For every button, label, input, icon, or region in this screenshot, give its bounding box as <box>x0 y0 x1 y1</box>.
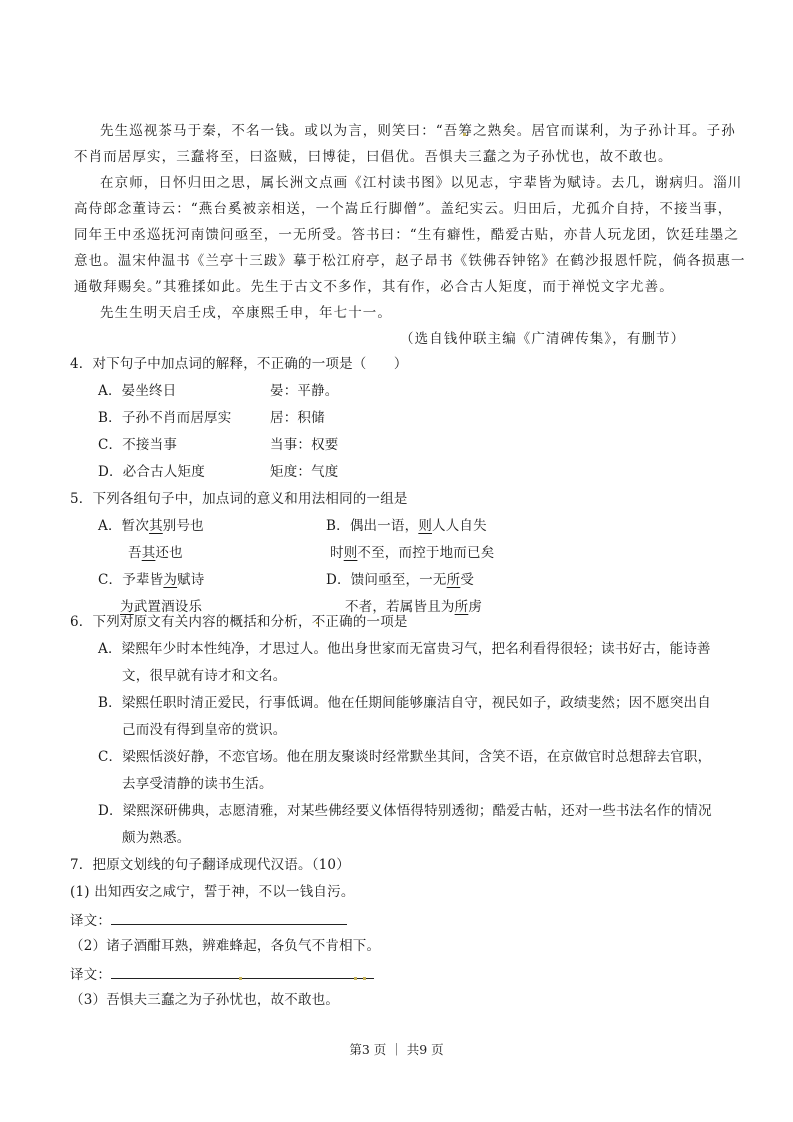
q5-a-l1-keyword: 其 <box>149 518 163 534</box>
q5-a-l2-pre: 吾 <box>128 545 142 561</box>
q5-b-l2-keyword: 则 <box>344 545 358 561</box>
q5-b-l2-post: 不至，而控于地而已矣 <box>357 545 494 561</box>
q7-sentence-1: (1) 出知西安之咸宁，誓于神，不以一钱自污。 <box>70 883 355 901</box>
q7-sentence-2: （2）诸子酒酣耳熟，辨难蜂起，各负气不肯相下。 <box>70 937 380 955</box>
q7-stem: 7．把原文划线的句子翻译成现代汉语。（10） <box>70 856 350 874</box>
q6-option-b-line1: B．梁熙任职时清正爱民，行事低调。他在任期间能够廉洁自守，视民如子，政绩斐然；因… <box>98 694 711 712</box>
q5-c-l1-keyword: 为 <box>163 572 177 588</box>
stray-mark <box>363 977 366 980</box>
passage-citation: （选自钱仲联主编《广清碑传集》，有删节） <box>400 330 685 348</box>
stray-mark <box>354 977 357 980</box>
q5-a-l1-post: 别号也 <box>163 518 204 534</box>
q5-a-l2-keyword: 其 <box>142 545 156 561</box>
page-footer: 第3 页 ｜ 共9 页 <box>0 1040 793 1058</box>
q4-stem: 4．对下句子中加点词的解释，不正确的一项是（ ） <box>70 355 408 373</box>
passage-p3-line1: 先生生明天启壬戌，卒康熙壬申，年七十一。 <box>100 304 392 322</box>
q5-b-l1-post: 人人自失 <box>432 518 487 534</box>
q5-d-l1-pre: 馈问亟至，一无 <box>351 572 447 588</box>
translation-2-blank[interactable] <box>111 964 374 979</box>
q5-a-l2-post: 还也 <box>155 545 182 561</box>
q4-option-b-gloss: 居：积储 <box>270 409 325 427</box>
q4-option-a: A．晏坐终日 <box>98 382 176 400</box>
q5-c-prefix: C． <box>98 572 122 588</box>
q5-a-l1-pre: 暂次 <box>122 518 149 534</box>
q6-stem: 6．下列对原文有关内容的概括和分析，不正确的一项是 <box>70 613 408 631</box>
q4-option-a-gloss: 晏：平静。 <box>270 382 339 400</box>
passage-p1-line1: 先生巡视茶马于秦，不名一钱。或以为言，则笑曰：“吾筹之熟矣。居官而谋利，为子孙计… <box>100 122 736 140</box>
q5-b-prefix: B． <box>326 518 350 534</box>
q7-sentence-3: （3）吾惧夫三蠢之为子孙忧也，故不敢也。 <box>70 991 339 1009</box>
q4-option-c: C．不接当事 <box>98 436 177 454</box>
q5-option-b-line1: B．偶出一语，则人人自失 <box>326 517 487 535</box>
q6-option-b-line2: 己而没有得到皇帝的赏识。 <box>122 721 286 739</box>
stray-mark <box>239 977 242 980</box>
q6-option-a-line1: A．梁熙年少时本性纯净，才思过人。他出身世家而无富贵习气，把名利看得很轻；读书好… <box>98 640 711 658</box>
q4-option-b: B．子孙不肖而居厚实 <box>98 409 231 427</box>
q5-option-b-line2: 时则不至，而控于地而已矣 <box>330 544 494 562</box>
passage-p2-line3: 同年王中丞巡抚河南馈问亟至，一无所受。答书曰：“生有癖性，酷爱古贴，亦昔人玩龙团… <box>74 226 739 244</box>
q5-option-d-line1: D．馈问亟至，一无所受 <box>326 571 474 589</box>
q7-translation-2: 译文： <box>70 964 374 984</box>
q5-option-a-line1: A．暂次其别号也 <box>98 517 204 535</box>
q6-option-c-line2: 去享受清静的读书生活。 <box>122 775 273 793</box>
passage-p2-line4: 意也。温宋仲温书《兰亭十三跋》摹于松江府亭，赵子昂书《铁佛吞钟铭》在鹤沙报恩忏院… <box>74 252 746 270</box>
passage-p2-line1: 在京师，日怀归田之思，属长洲文点画《江村读书图》以见志，宇辈皆为赋诗。去几，谢病… <box>100 174 742 192</box>
q4-option-d: D．必合古人矩度 <box>98 463 205 481</box>
q6-option-d-line1: D．梁熙深研佛典，志愿清雅，对某些佛经要义体悟得特别透彻；酷爱古帖，还对一些书法… <box>98 802 712 820</box>
q5-d-l2-post: 虏 <box>468 599 482 615</box>
q5-d-l1-post: 受 <box>460 572 474 588</box>
q6-option-a-line2: 文，很早就有诗才和文名。 <box>122 667 286 685</box>
q5-c-l1-pre: 予辈皆 <box>122 572 163 588</box>
q6-option-d-line2: 颇为熟悉。 <box>122 829 191 847</box>
q5-a-prefix: A． <box>98 518 122 534</box>
q5-c-l1-post: 赋诗 <box>177 572 204 588</box>
passage-p2-line5: 通敬拜赐矣。”其雅揉如此。先生于古文不多作，其有作，必合古人矩度，而于禅悦文字尤… <box>74 278 674 296</box>
q5-stem: 5．下列各组句子中，加点词的意义和用法相同的一组是 <box>70 490 408 508</box>
q5-option-c-line1: C．予辈皆为赋诗 <box>98 571 204 589</box>
stray-mark <box>463 133 466 136</box>
q5-b-l2-pre: 时 <box>330 545 344 561</box>
q5-d-prefix: D． <box>326 572 351 588</box>
passage-p2-line2: 高侍郎念董诗云：“燕台奚被亲相送，一个嵩丘行脚僧”。盖纪实云。归田后，尤孤介自持… <box>74 200 732 218</box>
q4-option-c-gloss: 当事：权要 <box>270 436 339 454</box>
document-page: 先生巡视茶马于秦，不名一钱。或以为言，则笑曰：“吾筹之熟矣。居官而谋利，为子孙计… <box>0 0 793 1122</box>
translation-label: 译文： <box>70 967 111 983</box>
q6-option-c-line1: C．梁熙恬淡好静，不恋官场。他在朋友聚谈时经常默坐其间，含笑不语，在京做官时总想… <box>98 748 711 766</box>
q5-d-l2-keyword: 所 <box>455 599 469 615</box>
q5-b-l1-pre: 偶出一语， <box>350 518 419 534</box>
q5-b-l1-keyword: 则 <box>418 518 432 534</box>
q5-option-a-line2: 吾其还也 <box>128 544 183 562</box>
passage-p1-line2: 不肖而居厚实，三蠢将至，曰盗贼，曰博徒，曰倡优。吾惧夫三蠢之为子孙忧也，故不敢也… <box>74 148 673 166</box>
q5-d-l1-keyword: 所 <box>447 572 461 588</box>
q4-option-d-gloss: 矩度：气度 <box>270 463 339 481</box>
stray-mark <box>316 622 318 624</box>
q7-translation-1: 译文： <box>70 910 347 930</box>
translation-1-blank[interactable] <box>111 910 347 925</box>
translation-label: 译文： <box>70 913 111 929</box>
